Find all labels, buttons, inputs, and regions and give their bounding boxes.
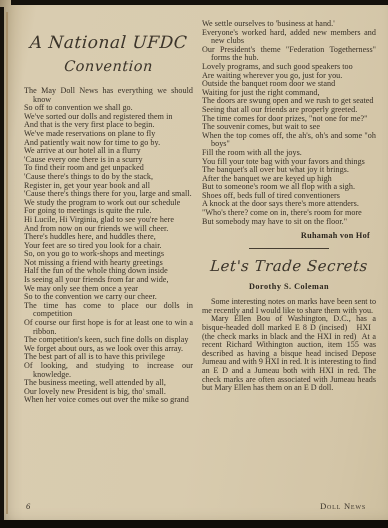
journal-name: Doll News: [320, 501, 366, 511]
right-column: We settle ourselves to 'business at hand…: [202, 20, 376, 488]
trade-secrets-body: Some interesting notes on marks have bee…: [202, 298, 376, 393]
poem-line: When her voice comes out over the mike s…: [24, 396, 193, 405]
poem-line: The time has come to place our dolls in …: [24, 302, 193, 319]
poem-line: Of course our first hope is for at least…: [24, 319, 193, 336]
poem-line: When the top comes off, the ah's, oh's a…: [202, 132, 376, 149]
paragraph: Mary Ellen Bou of Washington, D.C., has …: [202, 315, 376, 392]
page-spine-line: [6, 12, 8, 514]
page-content: A National UFDC Convention The May Doll …: [24, 20, 376, 488]
author-signature: Ruhamah von Hof: [202, 231, 376, 240]
poem-line: Of looking, and studying to increase our…: [24, 362, 193, 379]
convention-poem-right: We settle ourselves to 'business at hand…: [202, 20, 376, 226]
poem-line: Everyone's worked hard, added new member…: [202, 29, 376, 46]
trade-secrets-title: Let's Trade Secrets: [201, 257, 376, 275]
article-title-line2: Convention: [23, 59, 193, 75]
convention-poem-left: The May Doll News has everything we shou…: [24, 87, 193, 405]
scan-edge-top: [11, 0, 388, 5]
convention-article-title: A National UFDC Convention: [24, 33, 193, 75]
page-footer: 6 Doll News: [26, 501, 366, 511]
scan-edge-left: [0, 7, 4, 522]
trade-secrets-byline: Dorothy S. Coleman: [202, 282, 376, 291]
magazine-page: A National UFDC Convention The May Doll …: [0, 0, 388, 528]
article-title-line1: A National UFDC: [23, 33, 193, 53]
scan-edge-bottom: [0, 520, 388, 528]
poem-line: The May Doll News has everything we shou…: [24, 87, 193, 104]
section-divider: [249, 248, 329, 249]
left-column: A National UFDC Convention The May Doll …: [24, 20, 193, 488]
paragraph: Some interesting notes on marks have bee…: [202, 298, 376, 315]
page-number: 6: [26, 501, 30, 511]
poem-line: But somebody may have to sit on the floo…: [202, 218, 376, 227]
poem-line: Our President's theme "Federation Togeth…: [202, 46, 376, 63]
